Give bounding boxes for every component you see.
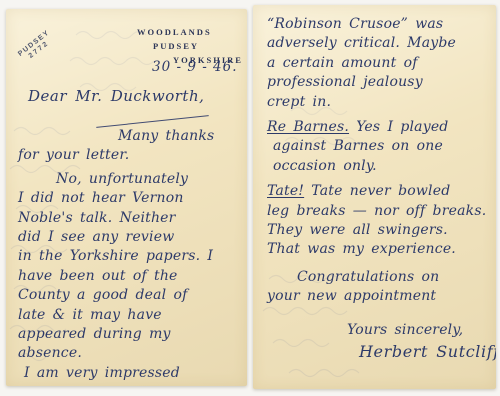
handwritten-line: professional jealousy <box>267 73 490 92</box>
handwritten-line: a certain amount of <box>267 54 490 73</box>
handwritten-line: No, unfortunately <box>56 170 241 189</box>
salutation: Dear Mr. Duckworth, <box>28 87 204 105</box>
letterhead-town: PUDSEY <box>153 39 243 53</box>
photograph-of-letter: PUDSEY 2772 WOODLANDS PUDSEY YORKSHIRE 3… <box>0 0 500 396</box>
handwritten-line: Congratulations on <box>297 268 490 287</box>
handwritten-line: crept in. <box>267 93 490 112</box>
handwritten-line: Yours sincerely, <box>347 321 490 340</box>
handwritten-line: Noble's talk. Neither <box>18 209 241 228</box>
letter-page-2: “Robinson Crusoe” wasadversely critical.… <box>253 5 496 389</box>
handwritten-line: did I see any review <box>18 228 241 247</box>
handwritten-line: have been out of the <box>18 267 241 286</box>
handwritten-line: I am very impressed <box>24 364 241 383</box>
letter-page-1: PUDSEY 2772 WOODLANDS PUDSEY YORKSHIRE 3… <box>6 9 247 386</box>
handwritten-line: adversely critical. Maybe <box>267 34 490 53</box>
handwritten-line: for your letter. <box>18 146 241 165</box>
letter-date: 30 - 9 - 46. <box>152 59 238 75</box>
handwritten-line: That was my experience. <box>267 240 490 259</box>
handwritten-line: “Robinson Crusoe” was <box>267 15 490 34</box>
handwritten-line: leg breaks — nor off breaks. <box>267 202 490 221</box>
telephone-stamp: PUDSEY 2772 <box>17 29 57 65</box>
handwritten-line: occasion only. <box>273 157 490 176</box>
handwritten-line: late & it may have <box>18 306 241 325</box>
handwritten-line: Re Barnes. Yes I played <box>267 118 490 137</box>
handwritten-line: I did not hear Vernon <box>18 189 241 208</box>
handwritten-line: Herbert Sutcliffe <box>359 342 490 361</box>
handwritten-line: Tate! Tate never bowled <box>267 182 490 201</box>
handwritten-line: Many thanks <box>118 127 241 146</box>
letter-body-page-1: Many thanksfor your letter.No, unfortuna… <box>18 127 241 383</box>
handwritten-line: They were all swingers. <box>267 221 490 240</box>
handwritten-line: County a good deal of <box>18 286 241 305</box>
letterhead-house: WOODLANDS <box>137 25 243 39</box>
handwritten-line: absence. <box>18 344 241 363</box>
underline-flourish <box>96 115 208 128</box>
handwritten-line: against Barnes on one <box>273 137 490 156</box>
handwritten-line: your new appointment <box>267 287 490 306</box>
handwritten-line: in the Yorkshire papers. I <box>18 247 241 266</box>
handwritten-line: appeared during my <box>18 325 241 344</box>
letter-body-page-2: “Robinson Crusoe” wasadversely critical.… <box>267 15 490 362</box>
